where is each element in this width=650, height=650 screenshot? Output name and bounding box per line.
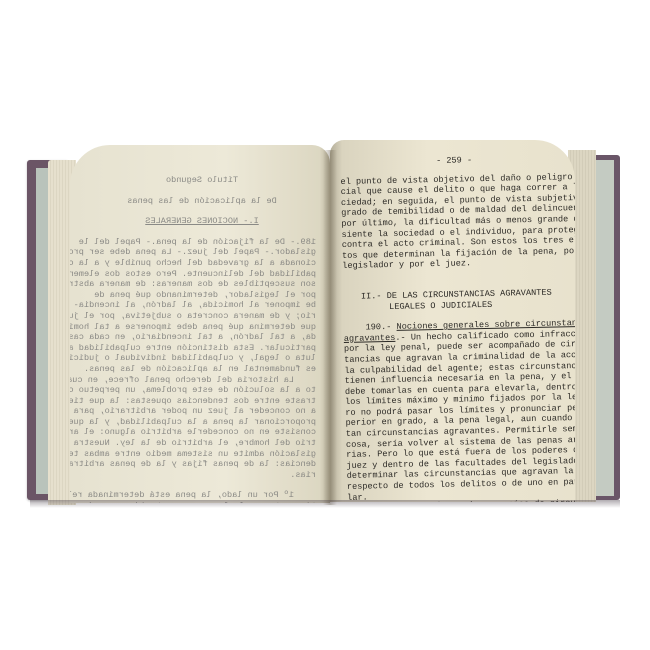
text-line: es fundamental en la aplicación de las p… — [88, 364, 316, 375]
text-line: rias. — [88, 470, 316, 481]
text-line: a no conceder al juez un poder arbitrari… — [88, 406, 316, 417]
open-book: Título Segundo De la aplicación de las p… — [0, 0, 650, 650]
text-line: cionada a la gravedad del hecho punible … — [88, 258, 316, 269]
text-line: consiste en no concederle arbitrio algun… — [88, 427, 316, 438]
text-line: trio del hombre, el arbitrio de la ley. … — [88, 438, 316, 449]
right-page-text: - 259 - el punto de vista objetivo del d… — [340, 153, 575, 502]
paragraph-title-cont: agravantes — [344, 333, 396, 344]
left-page-text-mirrored: Título Segundo De la aplicación de las p… — [88, 175, 316, 503]
page-number: - 259 - — [340, 153, 568, 168]
text-line: da, a tal ladrón, a tal incendiario, en … — [88, 332, 316, 343]
left-page-header: Título Segundo — [88, 175, 316, 186]
text-line: por el legislador, determinando qué pena… — [88, 290, 316, 301]
text-line: 189.- De la fijación de la pena.- Papel … — [88, 237, 316, 248]
text-line: be imponer al homicida, al ladrón, al in… — [88, 300, 316, 311]
text-line: pabilidad del delincuente. Pero estos do… — [88, 269, 316, 280]
text-line: son susceptibles de dos maneras: de mane… — [88, 279, 316, 290]
text-line: La historia del derecho penal ofrece, en… — [88, 375, 316, 386]
text-line: gislador.- Papel del juez.- La pena debe… — [88, 247, 316, 258]
book-gutter — [323, 150, 337, 505]
left-page-subtitle: De la aplicación de las penas — [88, 196, 316, 207]
text-line: traste entre dos tendencias opuestas: la… — [88, 396, 316, 407]
paragraph-number: 190.- — [365, 322, 391, 333]
left-page: Título Segundo De la aplicación de las p… — [70, 145, 330, 503]
text-line: rio; y de manera concreta o subjetiva, p… — [88, 311, 316, 322]
text-line: que determina qué pena debe imponerse a … — [88, 322, 316, 333]
text-line: particular. Esta distinción entre culpab… — [88, 343, 316, 354]
text-line: dencias: la de penas fijas y la de penas… — [88, 459, 316, 470]
right-page: - 259 - el punto de vista objetivo del d… — [330, 140, 575, 502]
text-line: gislación admite un sistema medio entre … — [88, 449, 316, 460]
text-line: proporcionar la pena a la culpabilidad, … — [88, 417, 316, 428]
text-line: luta o legal, y culpabilidad individual … — [88, 353, 316, 364]
book-bottom-edge — [30, 500, 620, 508]
left-page-section: I.- NOCIONES GENERALES — [88, 216, 316, 227]
text-line: to a la solución de este problema, un pe… — [88, 385, 316, 396]
